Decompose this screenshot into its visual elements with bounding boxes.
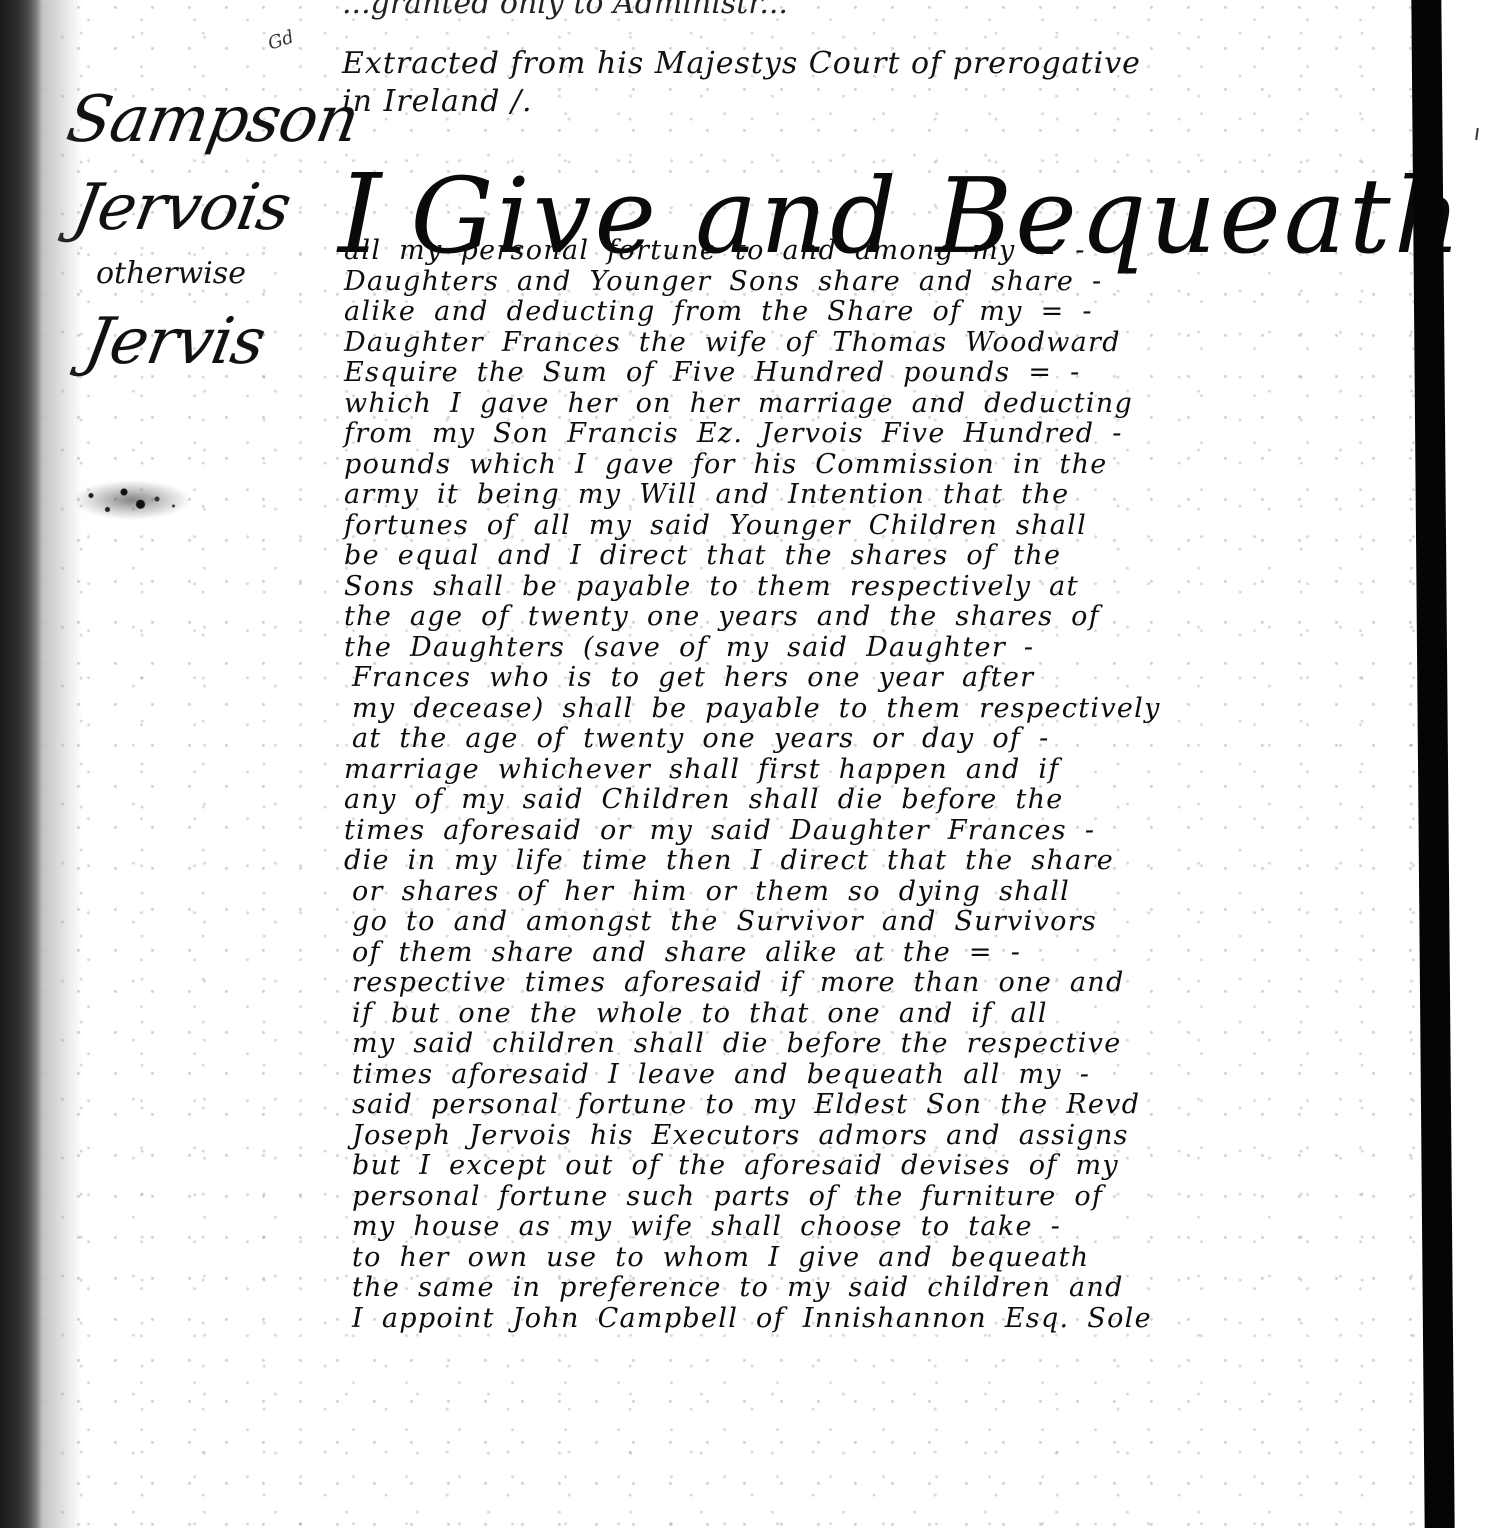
header-line-1: Extracted from his Majestys Court of pre… (342, 46, 1141, 81)
body-line: go to and amongst the Survivor and Survi… (344, 907, 1374, 938)
body-line: Joseph Jervois his Executors admors and … (344, 1121, 1374, 1152)
body-line: or shares of her him or them so dying sh… (344, 877, 1374, 908)
marginal-otherwise: otherwise (96, 256, 246, 291)
header-line-2: in Ireland /. (342, 84, 533, 119)
margin-note: Gd (265, 27, 296, 55)
body-line: respective times aforesaid if more than … (344, 968, 1374, 999)
body-line: which I gave her on her marriage and ded… (344, 389, 1374, 420)
body-line: the age of twenty one years and the shar… (344, 602, 1374, 633)
body-line: Daughter Frances the wife of Thomas Wood… (344, 328, 1374, 359)
top-cut-off-line: ...granted only to Administr... (342, 0, 788, 21)
marginal-name-jervis: Jervis (80, 310, 269, 374)
body-line: times aforesaid I leave and bequeath all… (344, 1060, 1374, 1091)
body-line: marriage whichever shall first happen an… (344, 755, 1374, 786)
body-line: my decease) shall be payable to them res… (344, 694, 1374, 725)
body-line: Esquire the Sum of Five Hundred pounds =… (344, 358, 1374, 389)
body-line: the Daughters (save of my said Daughter … (344, 633, 1374, 664)
body-line: of them share and share alike at the = - (344, 938, 1374, 969)
body-line: Daughters and Younger Sons share and sha… (344, 267, 1374, 298)
body-line: times aforesaid or my said Daughter Fran… (344, 816, 1374, 847)
marginal-name-jervois: Jervois (68, 176, 294, 240)
ink-blot-specks (80, 485, 190, 520)
body-line: personal fortune such parts of the furni… (344, 1182, 1374, 1213)
body-line: Sons shall be payable to them respective… (344, 572, 1374, 603)
body-line: pounds which I gave for his Commission i… (344, 450, 1374, 481)
body-line: fortunes of all my said Younger Children… (344, 511, 1374, 542)
body-line: any of my said Children shall die before… (344, 785, 1374, 816)
body-line: to her own use to whom I give and bequea… (344, 1243, 1374, 1274)
marginal-name-sampson: Sampson (62, 88, 363, 152)
body-line: if but one the whole to that one and if … (344, 999, 1374, 1030)
body-line: alike and deducting from the Share of my… (344, 297, 1374, 328)
body-line: my said children shall die before the re… (344, 1029, 1374, 1060)
body-line: at the age of twenty one years or day of… (344, 724, 1374, 755)
body-line: army it being my Will and Intention that… (344, 480, 1374, 511)
body-line: be equal and I direct that the shares of… (344, 541, 1374, 572)
body-line: said personal fortune to my Eldest Son t… (344, 1090, 1374, 1121)
body-line: my house as my wife shall choose to take… (344, 1212, 1374, 1243)
will-body: all my personal fortune to and among my … (344, 236, 1374, 1334)
body-line: from my Son Francis Ez. Jervois Five Hun… (344, 419, 1374, 450)
body-line: die in my life time then I direct that t… (344, 846, 1374, 877)
stray-mark (1475, 128, 1479, 140)
body-line: but I except out of the aforesaid devise… (344, 1151, 1374, 1182)
document-page: ...granted only to Administr... Gd Extra… (0, 0, 1418, 1528)
body-line: all my personal fortune to and among my … (344, 236, 1374, 267)
body-line: I appoint John Campbell of Innishannon E… (344, 1304, 1374, 1335)
body-line: the same in preference to my said childr… (344, 1273, 1374, 1304)
body-line: Frances who is to get hers one year afte… (344, 663, 1374, 694)
left-binding-shadow (0, 0, 42, 1528)
